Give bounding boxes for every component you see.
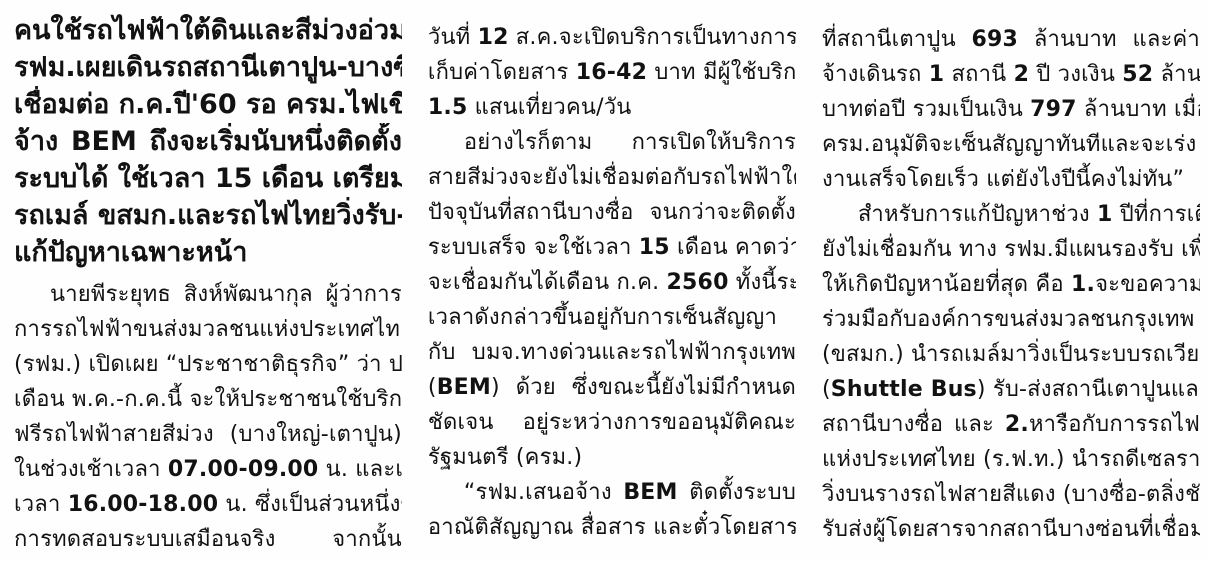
article-column-1: คนใช้รถไฟฟ้าใต้ดินและสีม่วงอ่วม !รฟม.เผย… [14,12,402,561]
article-line: “รฟม.เสนอจ้าง BEM ติดตั้งระบบ [428,475,796,510]
article-line: 1.5 แสนเที่ยวคน/วัน [428,90,796,125]
headline-line: แก้ปัญหาเฉพาะหน้า [14,234,402,271]
article-line: ให้เกิดปัญหาน้อยที่สุด คือ 1.จะขอความ [822,267,1200,302]
article-line: จะเชื่อมกันได้เดือน ก.ค. 2560 ทั้งนี้ระย… [428,265,796,300]
article-line: จ้างเดินรถ 1 สถานี 2 ปี วงเงิน 52 ล้าน [822,57,1200,92]
headline-line: เชื่อมต่อ ก.ค.ปี'60 รอ ครม.ไฟเขียว [14,86,402,123]
headline-line: จ้าง BEM ถึงจะเริ่มนับหนึ่งติดตั้ง [14,123,402,160]
article-line: แห่งประเทศไทย (ร.ฟ.ท.) นำรถดีเซลราง [822,442,1200,477]
article-line: (รฟม.) เปิดเผย “ประชาชาติธุรกิจ” ว่า ปลา… [14,347,402,382]
article-line: รับส่งผู้โดยสารจากสถานีบางซ่อนที่เชื่อม [822,512,1200,547]
article-line: ระบบเสร็จ จะใช้เวลา 15 เดือน คาดว่า [428,230,796,265]
column-2-body: วันที่ 12 ส.ค.จะเปิดบริการเป็นทางการเก็บ… [428,20,796,545]
newspaper-article: คนใช้รถไฟฟ้าใต้ดินและสีม่วงอ่วม !รฟม.เผย… [0,0,1208,561]
article-line: ครม.อนุมัติจะเซ็นสัญญาทันทีและจะเร่ง [822,127,1200,162]
article-line: กับ บมจ.ทางด่วนและรถไฟฟ้ากรุงเทพ [428,335,796,370]
article-column-3: ที่สถานีเตาปูน 693 ล้านบาท และค่าจ้างเดิ… [822,12,1200,561]
article-line: งานเสร็จโดยเร็ว แต่ยังไงปีนี้คงไม่ทัน” [822,162,1200,197]
article-line: อาณัติสัญญาณ สื่อสาร และตั๋วโดยสาร [428,510,796,545]
article-line: ในช่วงเช้าเวลา 07.00-09.00 น. และเย็น [14,452,402,487]
article-line: สำหรับการแก้ปัญหาช่วง 1 ปีที่การเดินรถ [822,197,1200,232]
article-line: (BEM) ด้วย ซึ่งขณะนี้ยังไม่มีกำหนด [428,370,796,405]
article-headline: คนใช้รถไฟฟ้าใต้ดินและสีม่วงอ่วม !รฟม.เผย… [14,12,402,271]
article-line: สายสีม่วงจะยังไม่เชื่อมต่อกับรถไฟฟ้าใต้ด… [428,160,796,195]
article-line: ปัจจุบันที่สถานีบางซื่อ จนกว่าจะติดตั้ง [428,195,796,230]
headline-line: รถเมล์ ขสมก.และรถไฟไทยวิ่งรับ-ส่งคน [14,197,402,234]
article-line: ชัดเจน อยู่ระหว่างการขออนุมัติคณะ [428,405,796,440]
article-line: วันที่ 12 ส.ค.จะเปิดบริการเป็นทางการ [428,20,796,55]
article-line: ที่สถานีเตาปูน 693 ล้านบาท และค่า [822,22,1200,57]
article-line: บาทต่อปี รวมเป็นเงิน 797 ล้านบาท เมื่อ [822,92,1200,127]
headline-line: ระบบได้ ใช้เวลา 15 เดือน เตรียมขอ [14,160,402,197]
article-line: (ขสมก.) นำรถเมล์มาวิ่งเป็นระบบรถเวียน [822,337,1200,372]
article-line: ยังไม่เชื่อมกัน ทาง รฟม.มีแผนรองรับ เพื่… [822,232,1200,267]
article-line: ฟรีรถไฟฟ้าสายสีม่วง (บางใหญ่-เตาปูน) [14,417,402,452]
article-line: เก็บค่าโดยสาร 16-42 บาท มีผู้ใช้บริการ [428,55,796,90]
article-line: วิ่งบนรางรถไฟสายสีแดง (บางซื่อ-ตลิ่งชัน) [822,477,1200,512]
article-line: สถานีบางซื่อ และ 2.หารือกับการรถไฟ [822,407,1200,442]
headline-line: รฟม.เผยเดินรถสถานีเตาปูน-บางซื่อ [14,49,402,86]
article-line: การรถไฟฟ้าขนส่งมวลชนแห่งประเทศไทย [14,312,402,347]
article-column-2: วันที่ 12 ส.ค.จะเปิดบริการเป็นทางการเก็บ… [428,12,796,561]
article-line: เดือน พ.ค.-ก.ค.นี้ จะให้ประชาชนใช้บริการ [14,382,402,417]
column-1-body: นายพีระยุทธ สิงห์พัฒนากุล ผู้ว่าการการรถ… [14,277,402,557]
column-3-body: ที่สถานีเตาปูน 693 ล้านบาท และค่าจ้างเดิ… [822,22,1200,547]
article-line: ร่วมมือกับองค์การขนส่งมวลชนกรุงเทพ [822,302,1200,337]
headline-line: คนใช้รถไฟฟ้าใต้ดินและสีม่วงอ่วม ! [14,12,402,49]
article-line: เวลา 16.00-18.00 น. ซึ่งเป็นส่วนหนึ่งของ [14,487,402,522]
article-line: เวลาดังกล่าวขึ้นอยู่กับการเซ็นสัญญา [428,300,796,335]
article-line: รัฐมนตรี (ครม.) [428,440,796,475]
article-line: การทดสอบระบบเสมือนจริง จากนั้น [14,522,402,557]
article-line: อย่างไรก็ตาม การเปิดให้บริการ [428,125,796,160]
article-line: (Shuttle Bus) รับ-ส่งสถานีเตาปูนและ [822,372,1200,407]
article-line: นายพีระยุทธ สิงห์พัฒนากุล ผู้ว่าการ [14,277,402,312]
